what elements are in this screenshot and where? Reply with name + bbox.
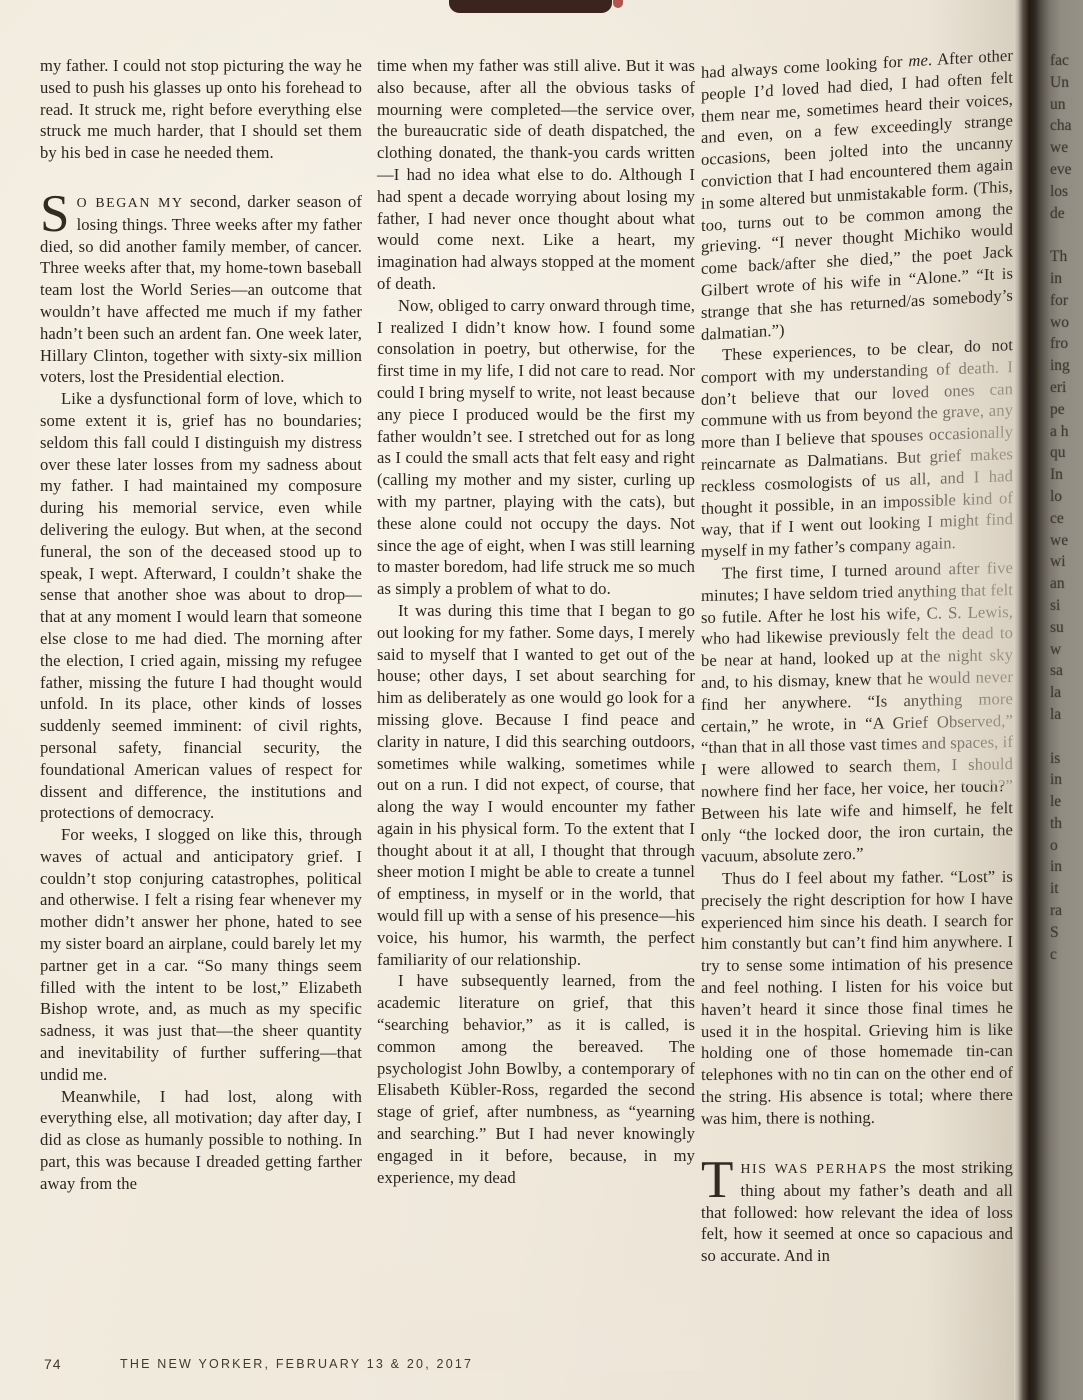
- red-illustration-speck: [613, 0, 623, 8]
- paragraph-dropcap-this-was: T HIS WAS PERHAPS the most striking thin…: [701, 1157, 1013, 1267]
- edge-fragment: wo: [1050, 312, 1083, 334]
- edge-fragment: Un: [1050, 72, 1083, 94]
- edge-fragment: ce: [1050, 508, 1083, 530]
- edge-fragment: wi: [1050, 551, 1083, 573]
- text-column-1: my father. I could not stop picturing th…: [40, 55, 362, 1195]
- lead-in-small-caps: O BEGAN MY: [77, 195, 184, 210]
- paragraph: my father. I could not stop picturing th…: [40, 55, 362, 164]
- paragraph: These experiences, to be clear, do not c…: [701, 334, 1013, 563]
- edge-fragment: si: [1050, 595, 1083, 617]
- facing-page-text-fragments: facUnunchaweevelosdeThinforwofroingeripe…: [1050, 50, 1083, 965]
- edge-fragment: an: [1050, 573, 1083, 595]
- paragraph-dropcap-so-began: S O BEGAN MY second, darker season of lo…: [40, 191, 362, 388]
- edge-fragment: [1050, 224, 1083, 246]
- magazine-page-scan: my father. I could not stop picturing th…: [0, 0, 1083, 1400]
- edge-fragment: la: [1050, 682, 1083, 704]
- paragraph: The first time, I turned around after fi…: [701, 557, 1013, 868]
- page-footer: 74 THE NEW YORKER, FEBRUARY 13 & 20, 201…: [0, 1356, 1083, 1386]
- paragraph: had always come looking for me. After ot…: [701, 45, 1013, 346]
- scan-fade-overlay: [360, 1245, 700, 1370]
- drop-cap-s: S: [40, 191, 77, 234]
- edge-fragment: sa: [1050, 660, 1083, 682]
- paragraph: I have subsequently learned, from the ac…: [377, 970, 695, 1188]
- edge-fragment: in: [1050, 268, 1083, 290]
- edge-fragment: th: [1050, 813, 1083, 835]
- edge-fragment: for: [1050, 290, 1083, 312]
- italic-word: me: [908, 50, 928, 70]
- footer-page-number: 74: [44, 1356, 62, 1372]
- edge-fragment: de: [1050, 203, 1083, 225]
- paragraph: Thus do I feel about my father. “Lost” i…: [701, 866, 1013, 1130]
- text-column-3: had always come looking for me. After ot…: [701, 62, 1013, 1267]
- edge-fragment: su: [1050, 617, 1083, 639]
- lead-in-small-caps: HIS WAS PERHAPS: [740, 1161, 888, 1176]
- edge-fragment: in: [1050, 769, 1083, 791]
- edge-fragment: fac: [1050, 50, 1083, 72]
- paragraph: time when my father was still alive. But…: [377, 55, 695, 295]
- edge-fragment: we: [1050, 137, 1083, 159]
- edge-fragment: a h: [1050, 421, 1083, 443]
- cropped-illustration-edge: [449, 0, 612, 13]
- edge-fragment: is: [1050, 748, 1083, 770]
- paragraph: Meanwhile, I had lost, along with everyt…: [40, 1086, 362, 1195]
- edge-fragment: pe: [1050, 399, 1083, 421]
- edge-fragment: qu: [1050, 442, 1083, 464]
- edge-fragment: un: [1050, 94, 1083, 116]
- edge-fragment: los: [1050, 181, 1083, 203]
- edge-fragment: o: [1050, 835, 1083, 857]
- edge-fragment: eri: [1050, 377, 1083, 399]
- edge-fragment: fro: [1050, 333, 1083, 355]
- paragraph: Like a dysfunctional form of love, which…: [40, 388, 362, 824]
- edge-fragment: in: [1050, 856, 1083, 878]
- paragraph-text: second, darker season of losing things. …: [40, 192, 362, 386]
- edge-fragment: le: [1050, 791, 1083, 813]
- paragraph: Now, obliged to carry onward through tim…: [377, 295, 695, 600]
- text-column-2: time when my father was still alive. But…: [377, 55, 695, 1188]
- paragraph-text: . After other people I’d loved had died,…: [701, 46, 1013, 344]
- paragraph: For weeks, I slogged on like this, throu…: [40, 824, 362, 1086]
- edge-fragment: [1050, 726, 1083, 748]
- edge-fragment: la: [1050, 704, 1083, 726]
- edge-fragment: S: [1050, 922, 1083, 944]
- edge-fragment: cha: [1050, 115, 1083, 137]
- facing-page-edge: facUnunchaweevelosdeThinforwofroingeripe…: [1014, 0, 1083, 1400]
- edge-fragment: ing: [1050, 355, 1083, 377]
- edge-fragment: we: [1050, 530, 1083, 552]
- edge-fragment: lo: [1050, 486, 1083, 508]
- edge-fragment: ra: [1050, 900, 1083, 922]
- edge-fragment: it: [1050, 878, 1083, 900]
- paragraph: It was during this time that I began to …: [377, 600, 695, 971]
- edge-fragment: w: [1050, 639, 1083, 661]
- edge-fragment: In: [1050, 464, 1083, 486]
- edge-fragment: eve: [1050, 159, 1083, 181]
- edge-fragment: c: [1050, 944, 1083, 966]
- footer-magazine-title: THE NEW YORKER, FEBRUARY 13 & 20, 2017: [120, 1357, 473, 1371]
- edge-fragment: Th: [1050, 246, 1083, 268]
- drop-cap-t: T: [701, 1157, 740, 1200]
